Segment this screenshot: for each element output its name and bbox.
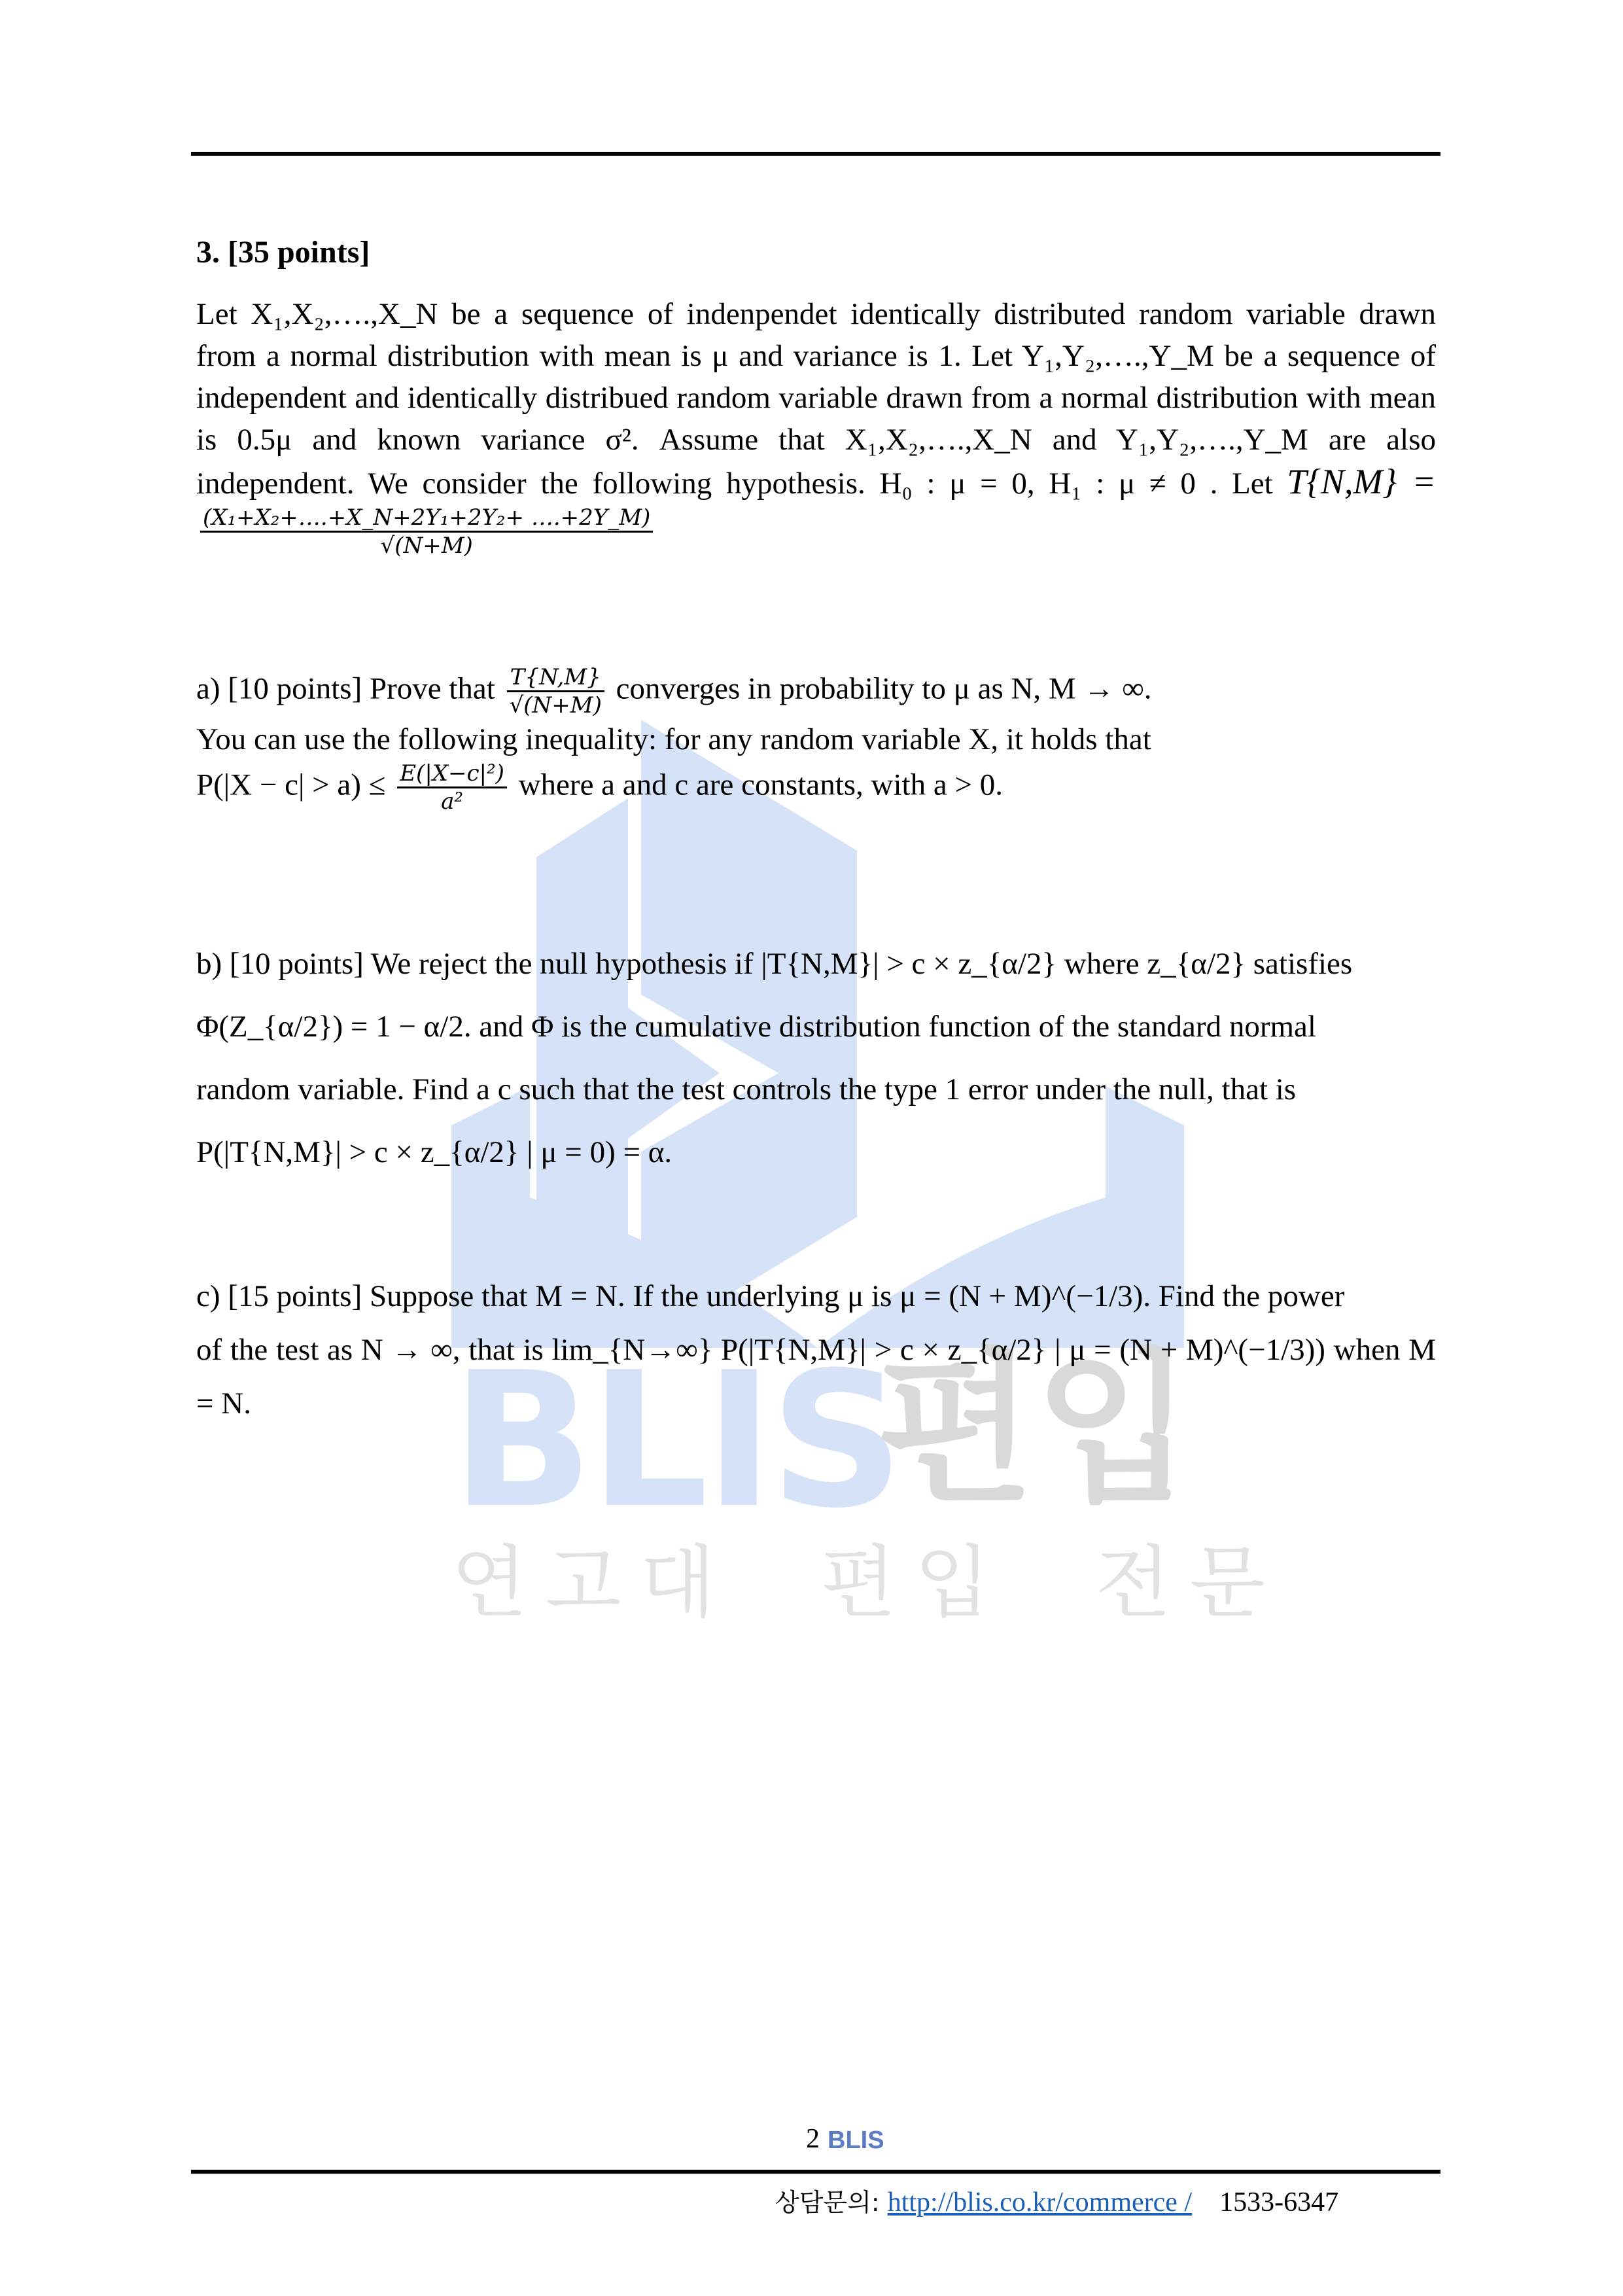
inequality-den: a² [397, 788, 507, 815]
inequality-tail: where a and c are constants, with a > 0. [519, 768, 1003, 802]
part-a-frac-den: √(N+M) [507, 692, 604, 718]
footer-rule [191, 2170, 1440, 2174]
part-a-line2: You can use the following inequality: fo… [196, 718, 1436, 760]
part-b-line1: b) [10 points] We reject the null hypoth… [196, 932, 1436, 995]
contact-phone: 1533-6347 [1219, 2187, 1338, 2217]
part-a: a) [10 points] Prove that T{N,M} √(N+M) … [196, 664, 1436, 815]
inequality-lhs: P(|X − c| > a) ≤ [196, 768, 385, 802]
statistic-fraction: (X₁+X₂+….+X_N+2Y₁+2Y₂+ ….+2Y_M) √(N+M) [200, 504, 653, 559]
page-number: 2 [806, 2123, 820, 2155]
part-a-frac-num: T{N,M} [507, 664, 604, 692]
question-intro: Let X₁,X₂,….,X_N be a sequence of indenp… [196, 293, 1436, 559]
contact-link[interactable]: http://blis.co.kr/commerce / [888, 2187, 1192, 2217]
intro-text: Let X₁,X₂,….,X_N be a sequence of indenp… [196, 297, 1436, 501]
part-c-line2: of the test as N → ∞, that is lim_{N→∞} … [196, 1323, 1436, 1430]
part-b-line3: random variable. Find a c such that the … [196, 1058, 1436, 1121]
header-rule [191, 152, 1440, 156]
inequality-num: E(|X−c|²) [397, 760, 507, 788]
part-a-fraction: T{N,M} √(N+M) [507, 664, 604, 718]
statistic-denominator: √(N+M) [200, 533, 653, 559]
question-heading: 3. [35 points] [196, 234, 370, 270]
footer-brand-logo: BLIS [828, 2127, 884, 2155]
statistic-lhs: T{N,M} = [1287, 462, 1436, 501]
part-b-line2: Φ(Z_{α/2}) = 1 − α/2. and Φ is the cumul… [196, 995, 1436, 1058]
part-a-tail: converges in probability to μ as N, M → … [616, 671, 1152, 705]
part-b-line4: P(|T{N,M}| > c × z_{α/2} | μ = 0) = α. [196, 1121, 1436, 1184]
footer-contact: 상담문의: http://blis.co.kr/commerce / 1533-… [775, 2182, 1338, 2218]
part-c-line1: c) [15 points] Suppose that M = N. If th… [196, 1269, 1436, 1323]
contact-label: 상담문의: [775, 2188, 888, 2217]
part-c: c) [15 points] Suppose that M = N. If th… [196, 1269, 1436, 1430]
part-b: b) [10 points] We reject the null hypoth… [196, 932, 1436, 1184]
part-a-lead: a) [10 points] Prove that [196, 671, 495, 705]
watermark-subtitle: 연고대 편입 전문 [451, 1544, 1283, 1623]
statistic-numerator: (X₁+X₂+….+X_N+2Y₁+2Y₂+ ….+2Y_M) [200, 504, 653, 533]
inequality-fraction: E(|X−c|²) a² [397, 760, 507, 815]
